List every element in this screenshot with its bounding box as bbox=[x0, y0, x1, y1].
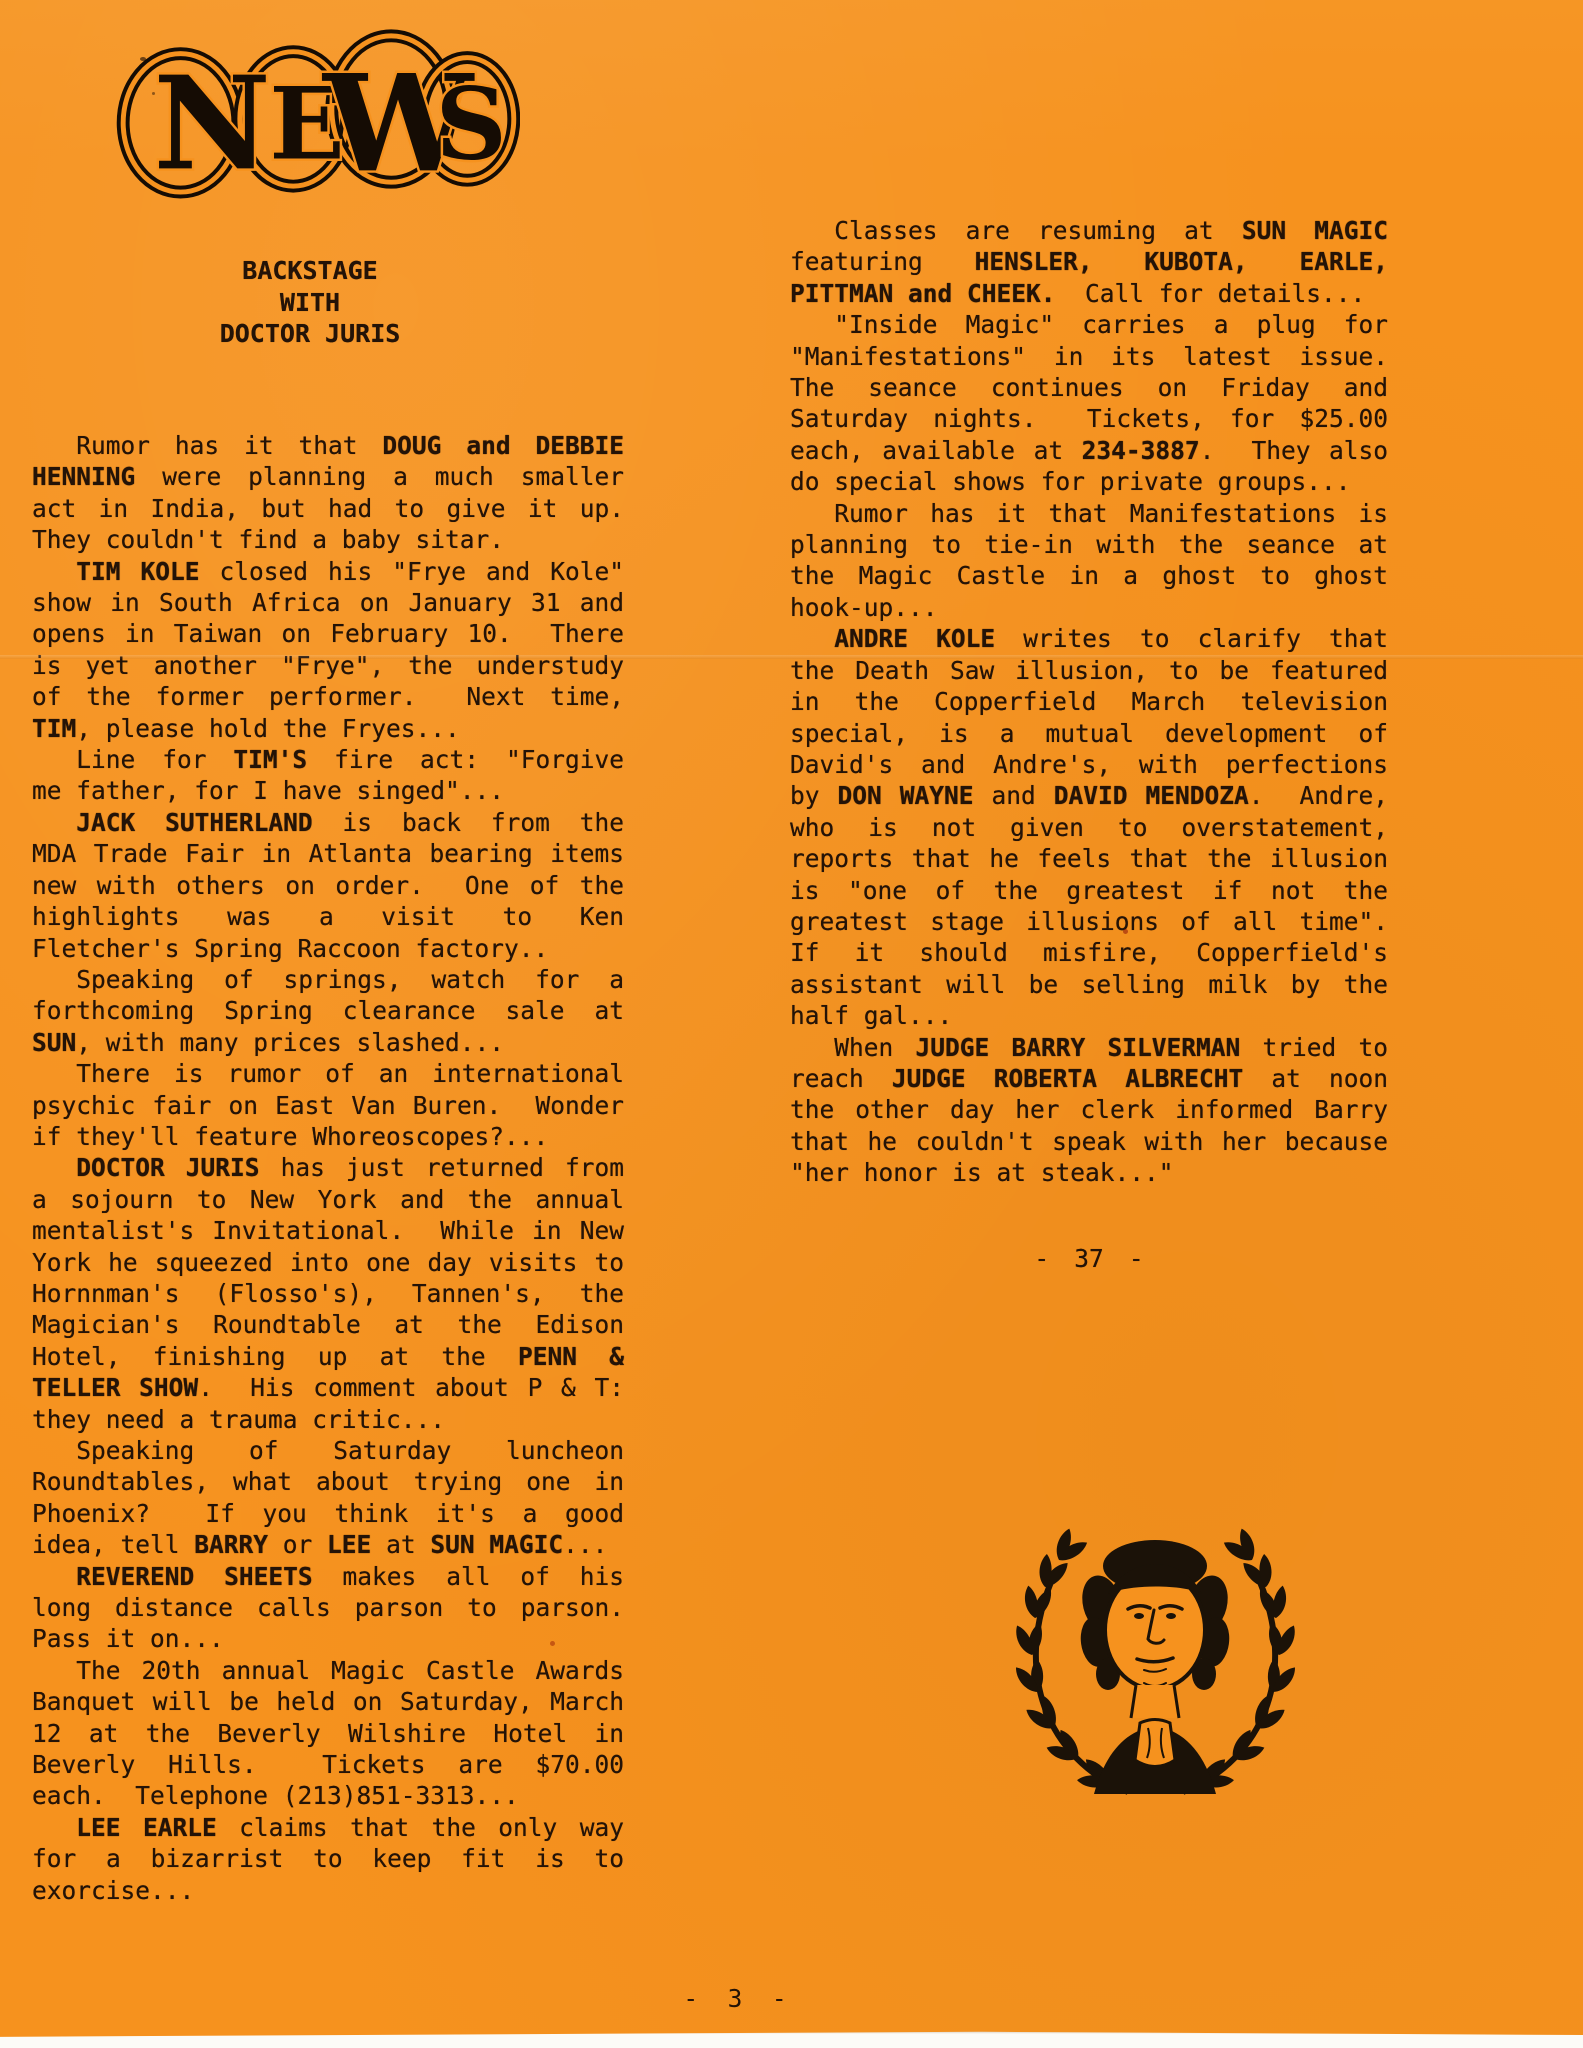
heading-line-3: DOCTOR JURIS bbox=[30, 318, 590, 350]
paragraph: Speaking of springs, watch for aforthcom… bbox=[32, 964, 624, 1058]
paragraph: Classes are resuming at SUN MAGICfeaturi… bbox=[790, 215, 1388, 309]
news-logo: N E W S bbox=[112, 22, 520, 200]
paragraph: There is rumor of an internationalpsychi… bbox=[32, 1058, 624, 1152]
heading-line-2: WITH bbox=[30, 287, 590, 319]
heading-line-1: BACKSTAGE bbox=[30, 255, 590, 287]
paragraph: When JUDGE BARRY SILVERMAN tried toreach… bbox=[790, 1032, 1388, 1189]
section-page-marker: - 37 - bbox=[790, 1243, 1388, 1274]
paragraph: ANDRE KOLE writes to clarify thatthe Dea… bbox=[790, 623, 1388, 1031]
paragraph: LEE EARLE claims that the only wayfor a … bbox=[32, 1812, 624, 1906]
right-column-body: Classes are resuming at SUN MAGICfeaturi… bbox=[790, 215, 1388, 1189]
right-column: Classes are resuming at SUN MAGICfeaturi… bbox=[790, 215, 1388, 1274]
logo-letter-n: N bbox=[153, 48, 271, 199]
washington-bust bbox=[1077, 1540, 1234, 1794]
paragraph: Line for TIM'S fire act: "Forgiveme fath… bbox=[32, 744, 624, 807]
paragraph: Rumor has it that DOUG and DEBBIEHENNING… bbox=[32, 430, 624, 556]
page-number: - 3 - bbox=[560, 1984, 910, 2013]
paragraph: REVEREND SHEETS makes all of hislong dis… bbox=[32, 1561, 624, 1655]
paragraph: The 20th annual Magic Castle AwardsBanqu… bbox=[32, 1655, 624, 1812]
paragraph: "Inside Magic" carries a plug for"Manife… bbox=[790, 309, 1388, 497]
logo-letters: N E W S bbox=[153, 46, 507, 200]
paragraph: JACK SUTHERLAND is back from theMDA Trad… bbox=[32, 807, 624, 964]
paragraph: DOCTOR JURIS has just returned froma soj… bbox=[32, 1152, 624, 1435]
column-heading: BACKSTAGE WITH DOCTOR JURIS bbox=[30, 255, 590, 350]
scan-edge bbox=[0, 2030, 1583, 2048]
george-washington-emblem bbox=[978, 1492, 1333, 1822]
left-column-body: Rumor has it that DOUG and DEBBIEHENNING… bbox=[32, 430, 624, 1906]
paragraph: Speaking of Saturday luncheonRoundtables… bbox=[32, 1435, 624, 1561]
paragraph: TIM KOLE closed his "Frye and Kole"show … bbox=[32, 556, 624, 744]
newsletter-page: N E W S BACKSTAGE WITH DOCTOR JURIS Rumo… bbox=[0, 0, 1583, 2048]
paragraph: Rumor has it that Manifestations isplann… bbox=[790, 498, 1388, 624]
logo-letter-s: S bbox=[436, 66, 507, 182]
